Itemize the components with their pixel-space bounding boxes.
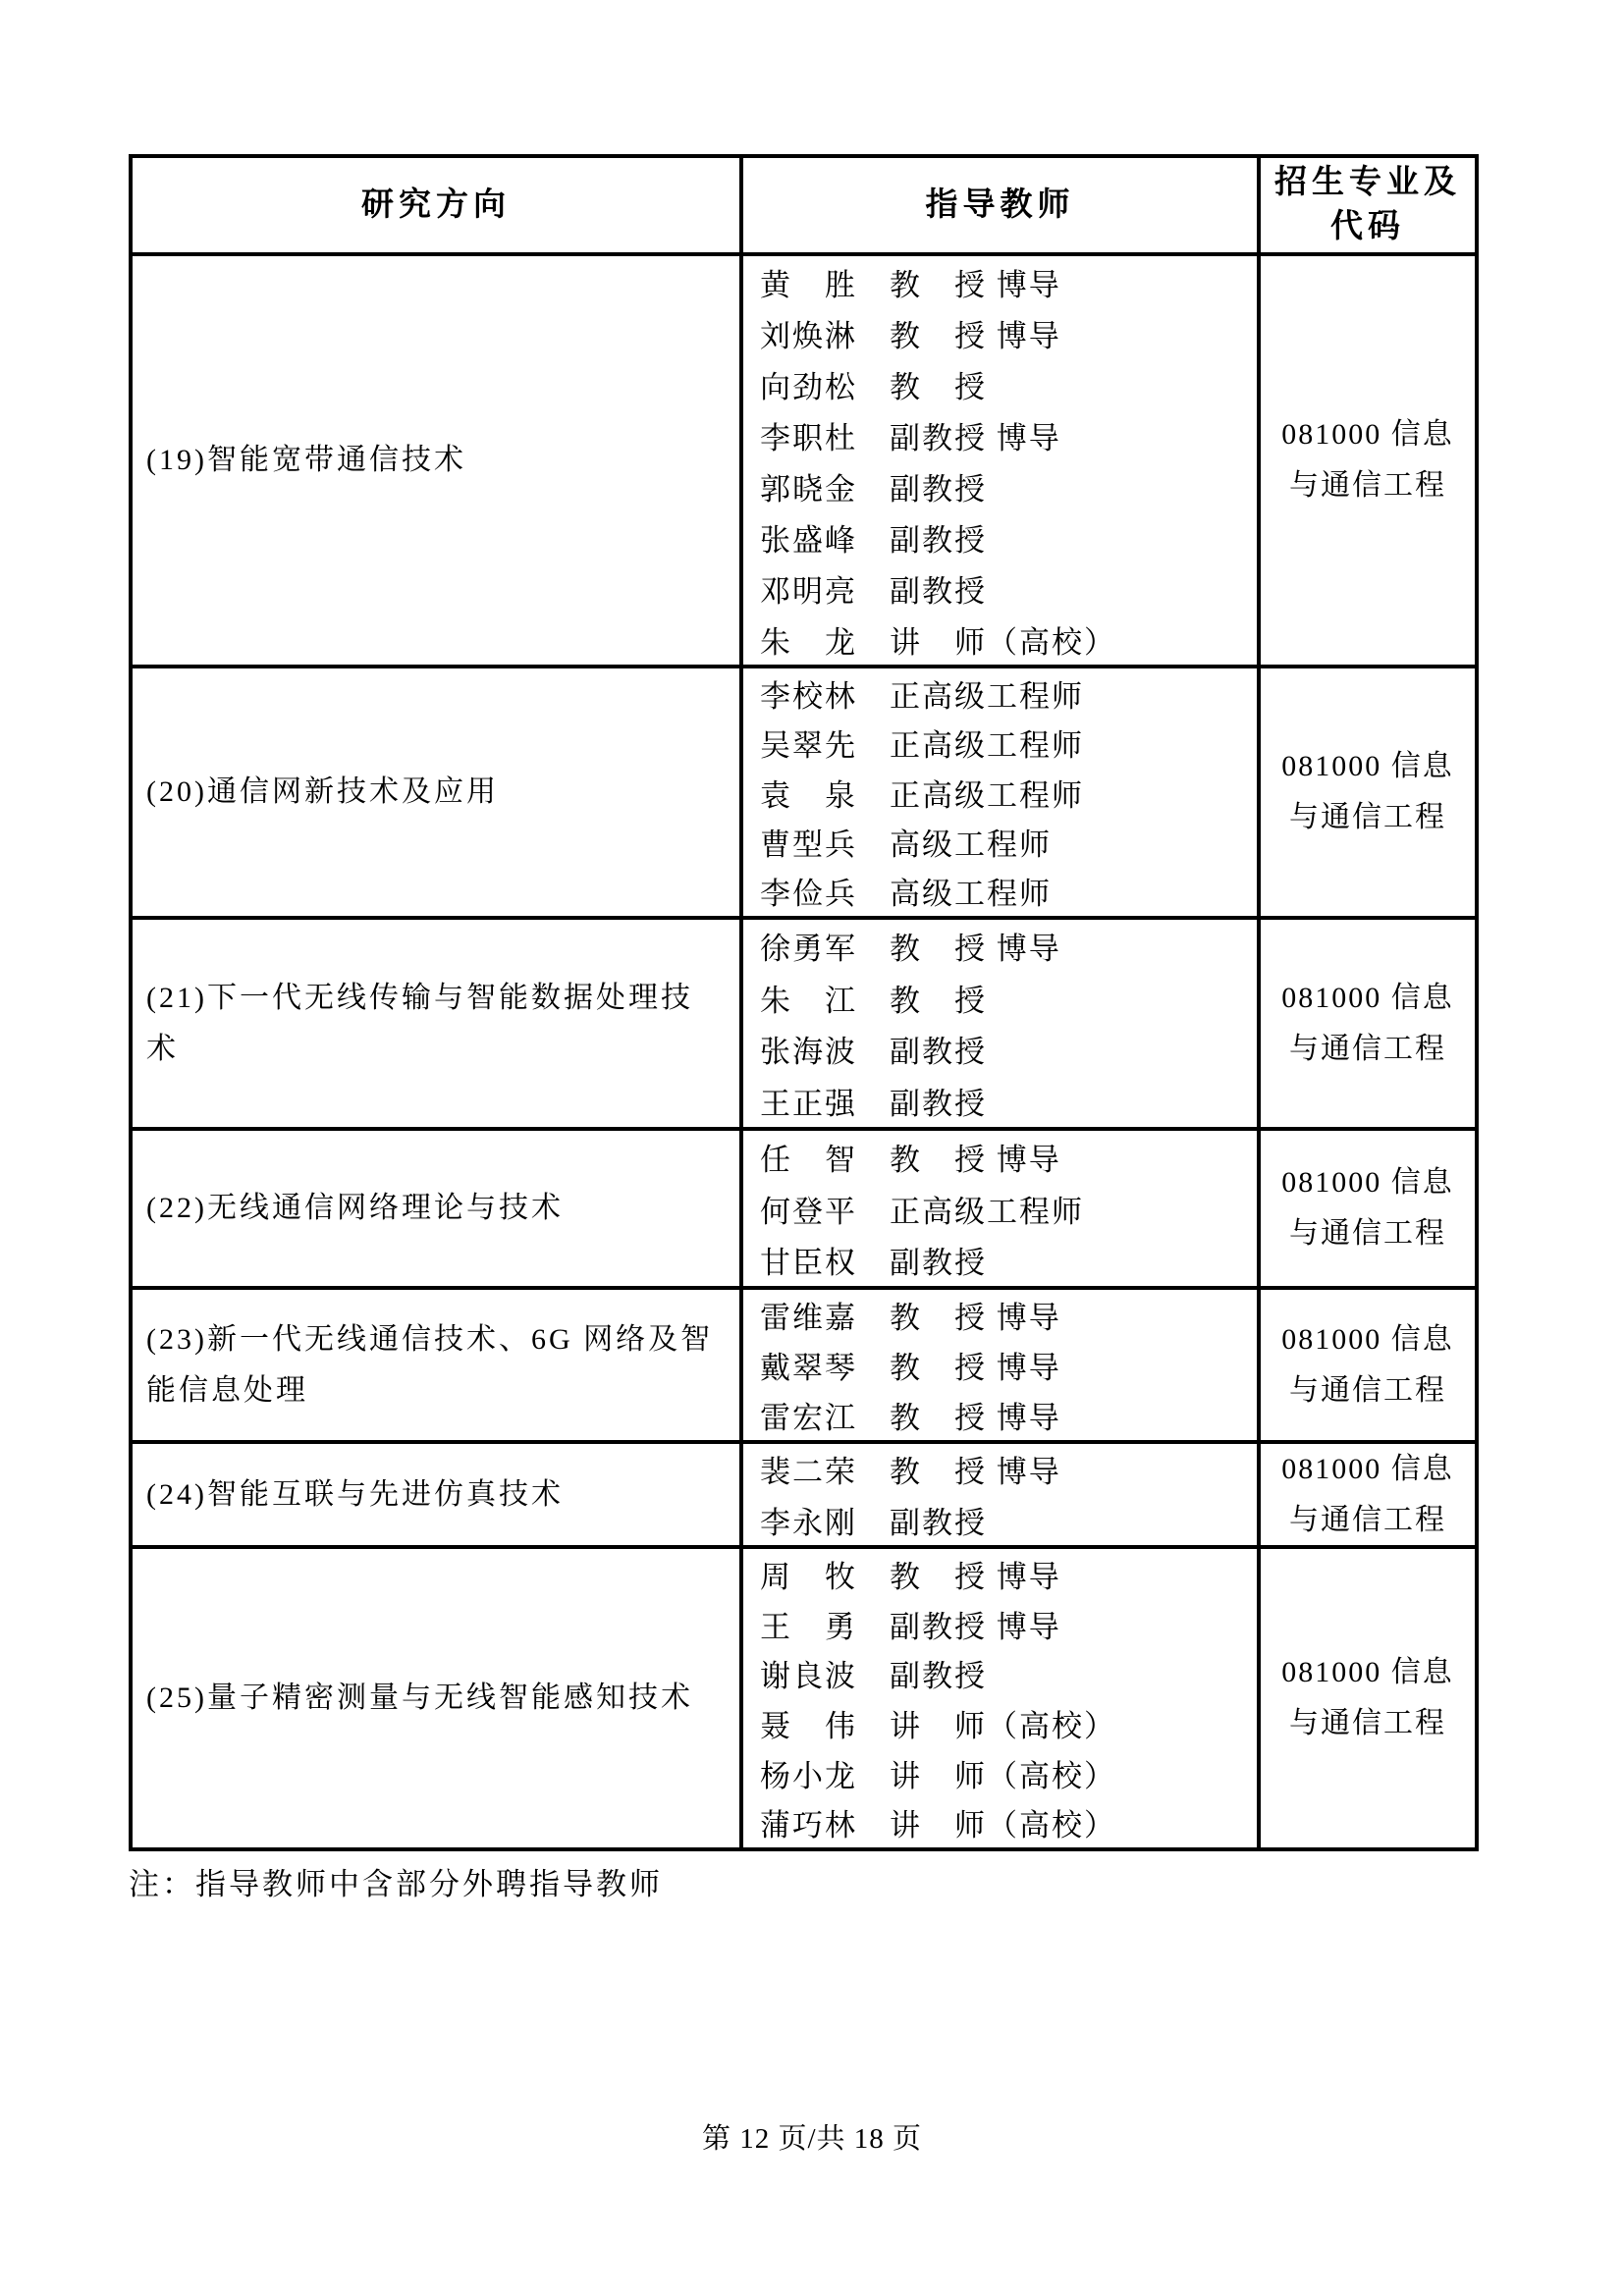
advisors-cell: 李校林 正高级工程师 吴翠先 正高级工程师 袁 泉 正高级工程师 曹型兵 高级工… [743,668,1261,916]
major-cell: 081000 信息 与通信工程 [1261,1131,1475,1286]
advisors-cell: 周 牧 教 授 博导 王 勇 副教授 博导 谢良波 副教授 聂 伟 讲 师（高校… [743,1549,1261,1847]
major-line1: 081000 信息 [1281,741,1454,792]
advisor-line: 雷维嘉 教 授 博导 [760,1290,1257,1340]
advisor-line: 李职杜 副教授 博导 [760,409,1257,460]
major-line2: 与通信工程 [1289,1365,1446,1416]
advisor-line: 朱 江 教 授 [760,972,1257,1024]
advisor-line: 袁 泉 正高级工程师 [760,768,1257,817]
header-major-line2: 代码 [1330,205,1405,249]
major-cell: 081000 信息 与通信工程 [1261,1290,1475,1440]
table-row-23: (23)新一代无线通信技术、6G 网络及智 能信息处理 雷维嘉 教 授 博导 戴… [133,1290,1475,1444]
advisors-cell: 任 智 教 授 博导 何登平 正高级工程师 甘臣权 副教授 [743,1131,1261,1286]
direction-text: (23)新一代无线通信技术、6G 网络及智 [146,1314,733,1365]
advisor-line: 杨小龙 讲 师（高校） [760,1748,1257,1798]
direction-text: 能信息处理 [146,1365,733,1416]
advisor-line: 张盛峰 副教授 [760,511,1257,562]
page-number: 第 12 页/共 18 页 [0,2116,1624,2157]
header-advisors: 指导教师 [743,158,1261,252]
major-line1: 081000 信息 [1281,973,1454,1024]
advisor-line: 戴翠琴 教 授 博导 [760,1340,1257,1390]
direction-cell: (25)量子精密测量与无线智能感知技术 [133,1549,743,1847]
major-line1: 081000 信息 [1281,1444,1454,1495]
advisor-line: 向劲松 教 授 [760,358,1257,409]
header-direction: 研究方向 [133,158,743,252]
table-row-20: (20)通信网新技术及应用 李校林 正高级工程师 吴翠先 正高级工程师 袁 泉 … [133,668,1475,920]
table-row-25: (25)量子精密测量与无线智能感知技术 周 牧 教 授 博导 王 勇 副教授 博… [133,1549,1475,1847]
advisor-line: 王 勇 副教授 博导 [760,1599,1257,1649]
direction-cell: (23)新一代无线通信技术、6G 网络及智 能信息处理 [133,1290,743,1440]
major-cell: 081000 信息 与通信工程 [1261,668,1475,916]
table-header-row: 研究方向 指导教师 招生专业及 代码 [133,158,1475,256]
direction-cell: (24)智能互联与先进仿真技术 [133,1444,743,1545]
advisor-line: 蒲巧林 讲 师（高校） [760,1797,1257,1847]
direction-text: 术 [146,1024,733,1075]
advisor-line: 任 智 教 授 博导 [760,1131,1257,1183]
header-major: 招生专业及 代码 [1261,158,1475,252]
direction-text: (21)下一代无线传输与智能数据处理技 [146,973,733,1024]
advisor-line: 何登平 正高级工程师 [760,1183,1257,1235]
direction-text: (24)智能互联与先进仿真技术 [146,1469,733,1521]
advisor-line: 李俭兵 高级工程师 [760,867,1257,916]
direction-text: (19)智能宽带通信技术 [146,435,733,486]
advisor-line: 裴二荣 教 授 博导 [760,1444,1257,1495]
major-line2: 与通信工程 [1289,792,1446,843]
direction-text: (20)通信网新技术及应用 [146,767,733,818]
direction-cell: (20)通信网新技术及应用 [133,668,743,916]
major-line2: 与通信工程 [1289,1024,1446,1075]
major-cell: 081000 信息 与通信工程 [1261,1444,1475,1545]
advisor-line: 聂 伟 讲 师（高校） [760,1698,1257,1748]
major-cell: 081000 信息 与通信工程 [1261,256,1475,665]
header-advisors-label: 指导教师 [926,184,1075,228]
advisors-cell: 雷维嘉 教 授 博导 戴翠琴 教 授 博导 雷宏江 教 授 博导 [743,1290,1261,1440]
advisors-cell: 黄 胜 教 授 博导 刘焕淋 教 授 博导 向劲松 教 授 李职杜 副教授 博导… [743,256,1261,665]
header-major-line1: 招生专业及 [1274,161,1461,205]
table-row-19: (19)智能宽带通信技术 黄 胜 教 授 博导 刘焕淋 教 授 博导 向劲松 教… [133,256,1475,668]
advisor-line: 黄 胜 教 授 博导 [760,256,1257,307]
advisors-cell: 徐勇军 教 授 博导 朱 江 教 授 张海波 副教授 王正强 副教授 [743,920,1261,1127]
major-line2: 与通信工程 [1289,1698,1446,1749]
table-row-24: (24)智能互联与先进仿真技术 裴二荣 教 授 博导 李永刚 副教授 08100… [133,1444,1475,1549]
advisor-line: 张海波 副教授 [760,1024,1257,1076]
header-direction-label: 研究方向 [361,184,511,228]
advisor-line: 周 牧 教 授 博导 [760,1549,1257,1599]
major-cell: 081000 信息 与通信工程 [1261,1549,1475,1847]
advisor-line: 甘臣权 副教授 [760,1234,1257,1286]
direction-cell: (22)无线通信网络理论与技术 [133,1131,743,1286]
advisor-line: 郭晓金 副教授 [760,460,1257,511]
advisor-line: 李永刚 副教授 [760,1495,1257,1546]
advisor-line: 徐勇军 教 授 博导 [760,920,1257,972]
advisor-line: 谢良波 副教授 [760,1648,1257,1698]
table-row-21: (21)下一代无线传输与智能数据处理技 术 徐勇军 教 授 博导 朱 江 教 授… [133,920,1475,1131]
major-line2: 与通信工程 [1289,1495,1446,1546]
advisor-line: 王正强 副教授 [760,1075,1257,1127]
major-line1: 081000 信息 [1281,1157,1454,1208]
advisor-line: 雷宏江 教 授 博导 [760,1390,1257,1440]
major-line2: 与通信工程 [1289,460,1446,511]
direction-text: (25)量子精密测量与无线智能感知技术 [146,1673,733,1724]
advisor-line: 邓明亮 副教授 [760,562,1257,614]
advisor-line: 李校林 正高级工程师 [760,668,1257,718]
footnote: 注：指导教师中含部分外聘指导教师 [129,1859,663,1903]
advisor-line: 刘焕淋 教 授 博导 [760,307,1257,358]
major-line1: 081000 信息 [1281,1647,1454,1698]
admissions-table: 研究方向 指导教师 招生专业及 代码 (19)智能宽带通信技术 黄 胜 教 授 … [129,154,1479,1851]
advisor-line: 曹型兵 高级工程师 [760,817,1257,866]
table-row-22: (22)无线通信网络理论与技术 任 智 教 授 博导 何登平 正高级工程师 甘臣… [133,1131,1475,1290]
major-line1: 081000 信息 [1281,409,1454,460]
major-line2: 与通信工程 [1289,1208,1446,1259]
advisor-line: 吴翠先 正高级工程师 [760,718,1257,767]
direction-cell: (19)智能宽带通信技术 [133,256,743,665]
direction-cell: (21)下一代无线传输与智能数据处理技 术 [133,920,743,1127]
advisors-cell: 裴二荣 教 授 博导 李永刚 副教授 [743,1444,1261,1545]
major-cell: 081000 信息 与通信工程 [1261,920,1475,1127]
document-page: { "document": { "note": "注：指导教师中含部分外聘指导教… [0,0,1624,2296]
direction-text: (22)无线通信网络理论与技术 [146,1183,733,1234]
advisor-line: 朱 龙 讲 师（高校） [760,614,1257,665]
major-line1: 081000 信息 [1281,1314,1454,1365]
